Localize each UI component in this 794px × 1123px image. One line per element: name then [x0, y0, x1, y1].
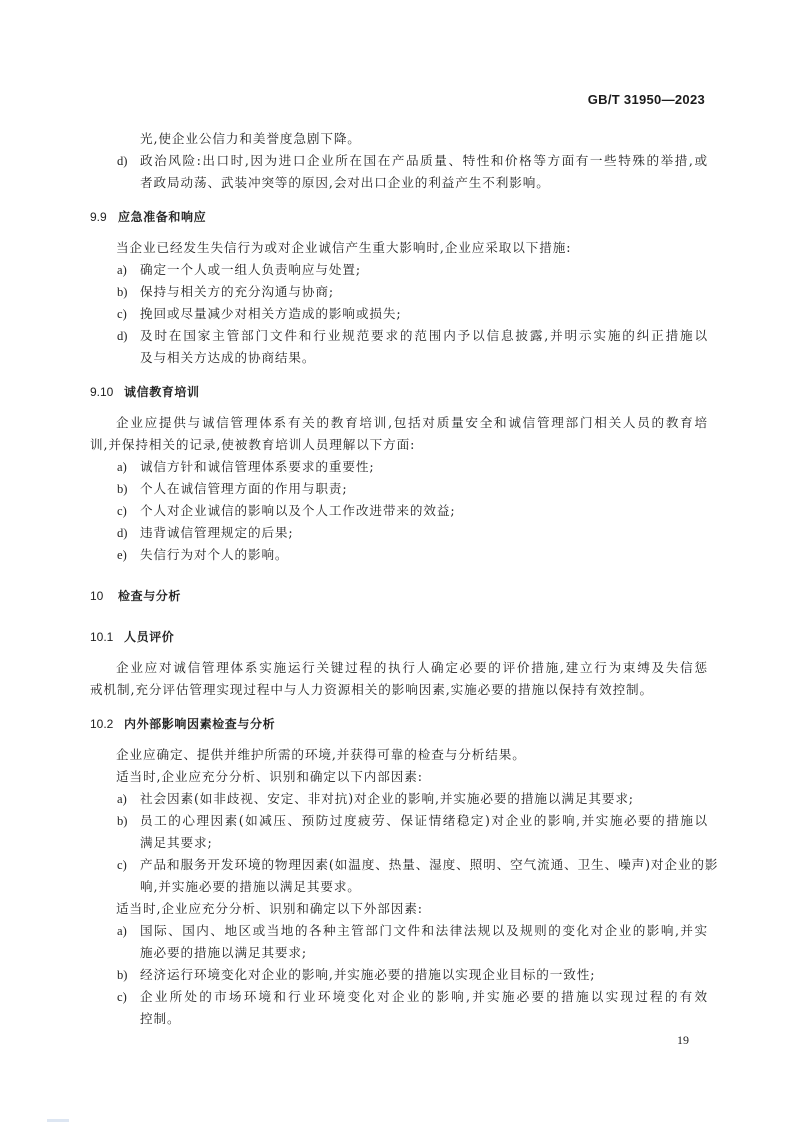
paragraph: 企业应对诚信管理体系实施运行关键过程的执行人确定必要的评价措施,建立行为束缚及失…	[90, 657, 708, 679]
list-item: b)员工的心理因素(如减压、预防过度疲劳、保证情绪稳定)对企业的影响,并实施必要…	[90, 810, 708, 832]
list-marker: d)	[117, 150, 128, 172]
paragraph: 适当时,企业应充分分析、识别和确定以下内部因素:	[90, 766, 708, 788]
list-item: a)社会因素(如非歧视、安定、非对抗)对企业的影响,并实施必要的措施以满足其要求…	[90, 788, 708, 810]
standard-code-header: GB/T 31950—2023	[588, 92, 705, 107]
list-item: a)确定一个人或一组人负责响应与处置;	[90, 259, 708, 281]
paragraph: 当企业已经发生失信行为或对企业诚信产生重大影响时,企业应采取以下措施:	[90, 237, 708, 259]
list-item: c)产品和服务开发环境的物理因素(如温度、热量、湿度、照明、空气流通、卫生、噪声…	[90, 854, 708, 876]
list-item: b)个人在诚信管理方面的作用与职责;	[90, 478, 708, 500]
scan-artifact-mark	[47, 1119, 69, 1122]
list-item: d)及时在国家主管部门文件和行业规范要求的范围内予以信息披露,并明示实施的纠正措…	[90, 325, 708, 347]
list-item: c)企业所处的市场环境和行业环境变化对企业的影响,并实施必要的措施以实现过程的有…	[90, 986, 708, 1008]
section-heading-10-2: 10.2内外部影响因素检查与分析	[90, 713, 708, 735]
section-heading-10-1: 10.1人员评价	[90, 626, 708, 648]
list-item: b)保持与相关方的充分沟通与协商;	[90, 281, 708, 303]
paragraph-continuation: 戒机制,充分评估管理实现过程中与人力资源相关的影响因素,实施必要的措施以保持有效…	[90, 679, 708, 701]
paragraph: 企业应确定、提供并维护所需的环境,并获得可靠的检查与分析结果。	[90, 744, 708, 766]
list-item-d-continuation: 者政局动荡、武装冲突等的原因,会对出口企业的利益产生不利影响。	[90, 172, 708, 194]
list-item: c)个人对企业诚信的影响以及个人工作改进带来的效益;	[90, 500, 708, 522]
page-number: 19	[677, 1033, 689, 1048]
list-item-continuation: 控制。	[90, 1008, 708, 1030]
continuation-line: 光,使企业公信力和美誉度急剧下降。	[90, 128, 708, 150]
list-item-continuation: 满足其要求;	[90, 832, 708, 854]
paragraph: 适当时,企业应充分分析、识别和确定以下外部因素:	[90, 898, 708, 920]
list-item-d: d) 政治风险:出口时,因为进口企业所在国在产品质量、特性和价格等方面有一些特殊…	[90, 150, 708, 172]
document-body: 光,使企业公信力和美誉度急剧下降。 d) 政治风险:出口时,因为进口企业所在国在…	[90, 128, 708, 1030]
paragraph: 企业应提供与诚信管理体系有关的教育培训,包括对质量安全和诚信管理部门相关人员的教…	[90, 412, 708, 434]
list-item: c)挽回或尽量减少对相关方造成的影响或损失;	[90, 303, 708, 325]
section-heading-9-10: 9.10诚信教育培训	[90, 381, 708, 403]
list-item: a)国际、国内、地区或当地的各种主管部门文件和法律法规以及规则的变化对企业的影响…	[90, 920, 708, 942]
list-item: a)诚信方针和诚信管理体系要求的重要性;	[90, 456, 708, 478]
list-item: d)违背诚信管理规定的后果;	[90, 522, 708, 544]
section-heading-10: 10检查与分析	[90, 585, 708, 607]
paragraph-continuation: 训,并保持相关的记录,使被教育培训人员理解以下方面:	[90, 434, 708, 456]
list-item-continuation: 响,并实施必要的措施以满足其要求。	[90, 876, 708, 898]
section-heading-9-9: 9.9应急准备和响应	[90, 206, 708, 228]
list-item: b)经济运行环境变化对企业的影响,并实施必要的措施以实现企业目标的一致性;	[90, 964, 708, 986]
list-item: e)失信行为对个人的影响。	[90, 544, 708, 566]
list-item-continuation: 施必要的措施以满足其要求;	[90, 942, 708, 964]
list-item-continuation: 及与相关方达成的协商结果。	[90, 347, 708, 369]
